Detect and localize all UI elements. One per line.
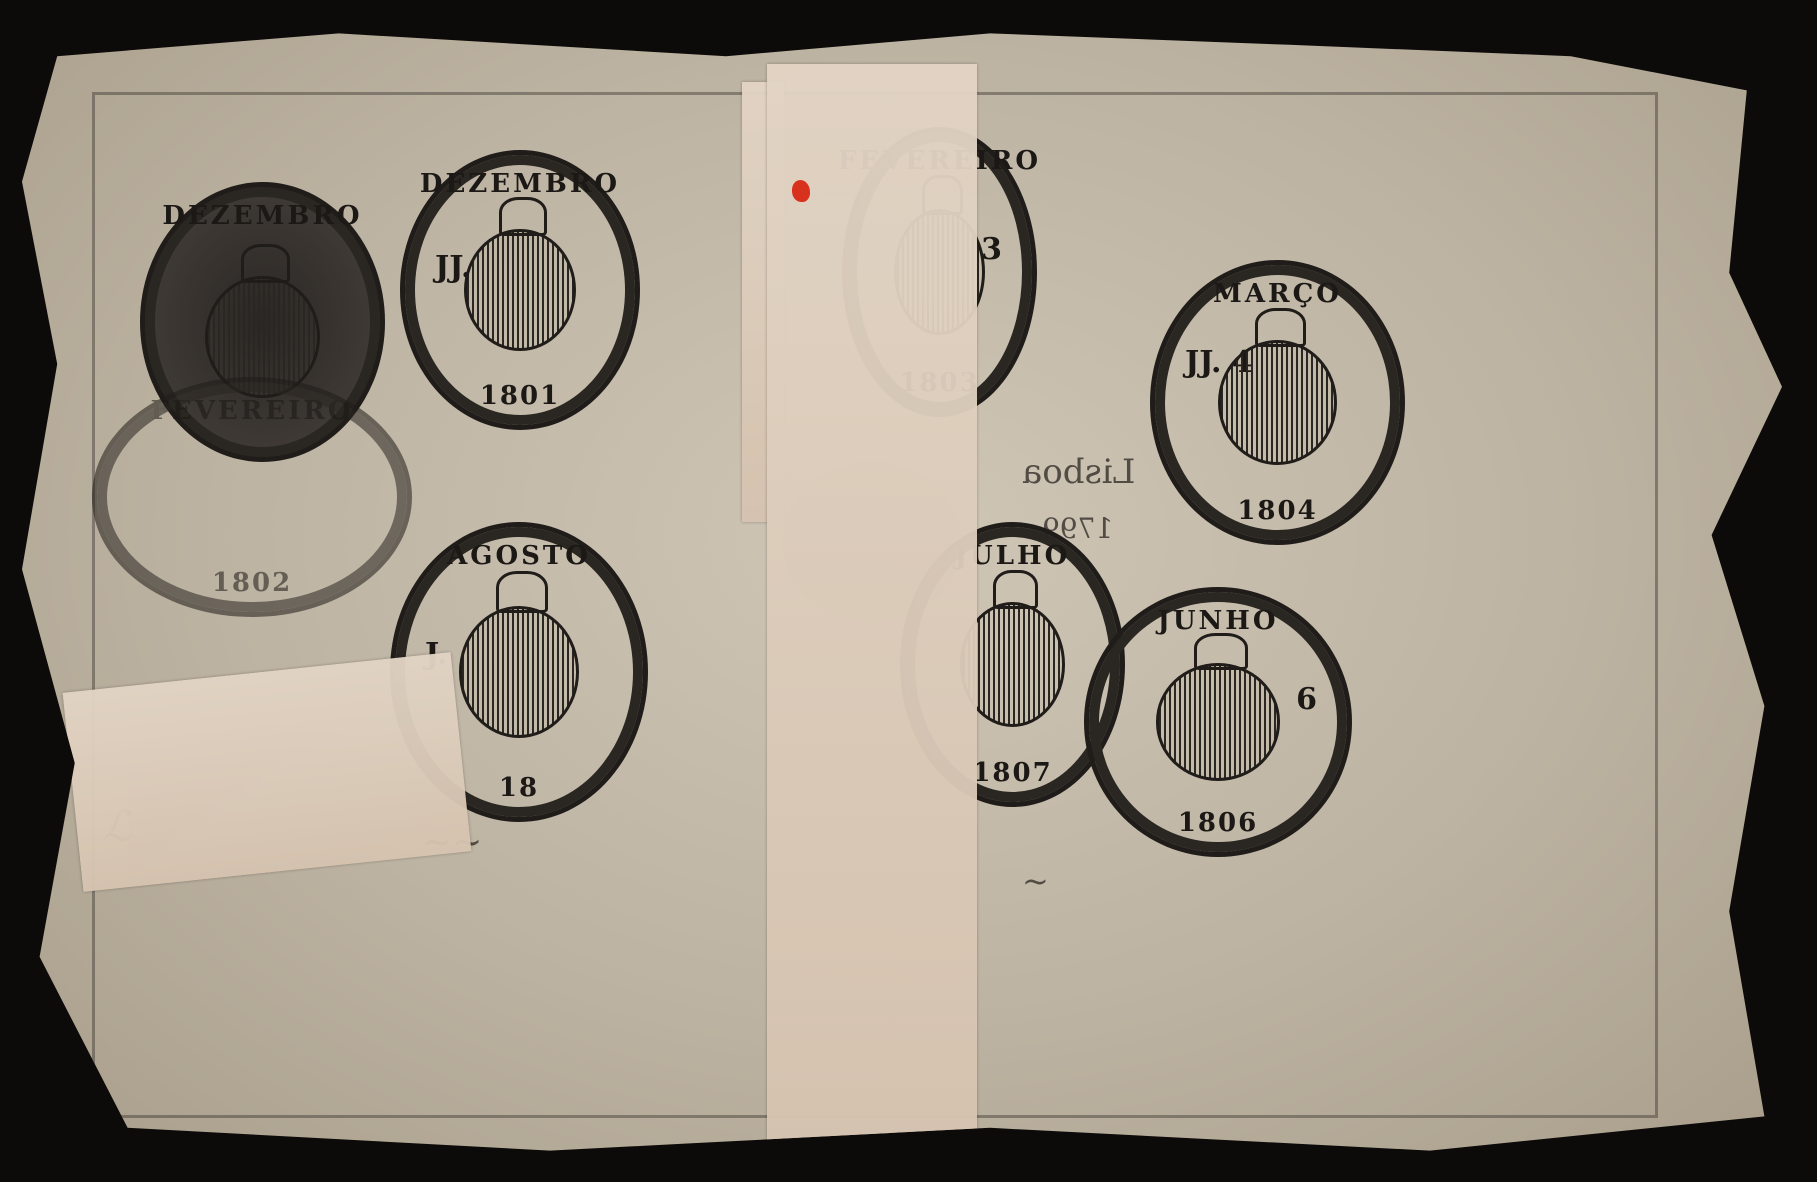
stamp-year: 18 xyxy=(499,773,539,803)
signature-right: ~ xyxy=(1022,862,1049,900)
stamp-year: 1806 xyxy=(1178,808,1258,838)
crest-icon xyxy=(1156,663,1281,780)
crest-icon xyxy=(1218,340,1337,465)
stamp-year: 1804 xyxy=(1237,496,1317,526)
banknote: Lisboa 1799 DEZEMBRO DEZEMBRO JJ. 1801 F… xyxy=(22,22,1782,1162)
repair-tape-small xyxy=(63,652,472,892)
repair-tape-vertical xyxy=(767,64,977,1174)
stamp-year: 1807 xyxy=(972,758,1052,788)
stamp-dezembro-1801: DEZEMBRO JJ. 1801 xyxy=(400,150,640,430)
stamp-month: JUNHO xyxy=(1158,606,1279,636)
stamp-month: DEZEMBRO xyxy=(420,169,620,199)
stamp-month: AGOSTO xyxy=(447,541,591,571)
stamp-fevereiro-faded: FEVEREIRO 1802 xyxy=(92,377,412,617)
stamp-month: DEZEMBRO xyxy=(162,201,362,231)
stamp-mark: 6 xyxy=(1296,682,1317,717)
stamp-junho: JUNHO 6 1806 xyxy=(1084,587,1352,857)
city-text: Lisboa xyxy=(1022,452,1135,492)
stamp-marco-1804: MARÇO JJ. 4 1804 xyxy=(1150,260,1405,545)
stamp-year: 1801 xyxy=(480,381,560,411)
stamp-year: 1802 xyxy=(212,568,292,598)
crest-icon xyxy=(464,229,576,351)
stamp-month: FEVEREIRO xyxy=(150,396,353,426)
crest-icon xyxy=(459,606,579,738)
red-wax-spot xyxy=(792,180,810,202)
stamp-month: MARÇO xyxy=(1213,279,1342,309)
